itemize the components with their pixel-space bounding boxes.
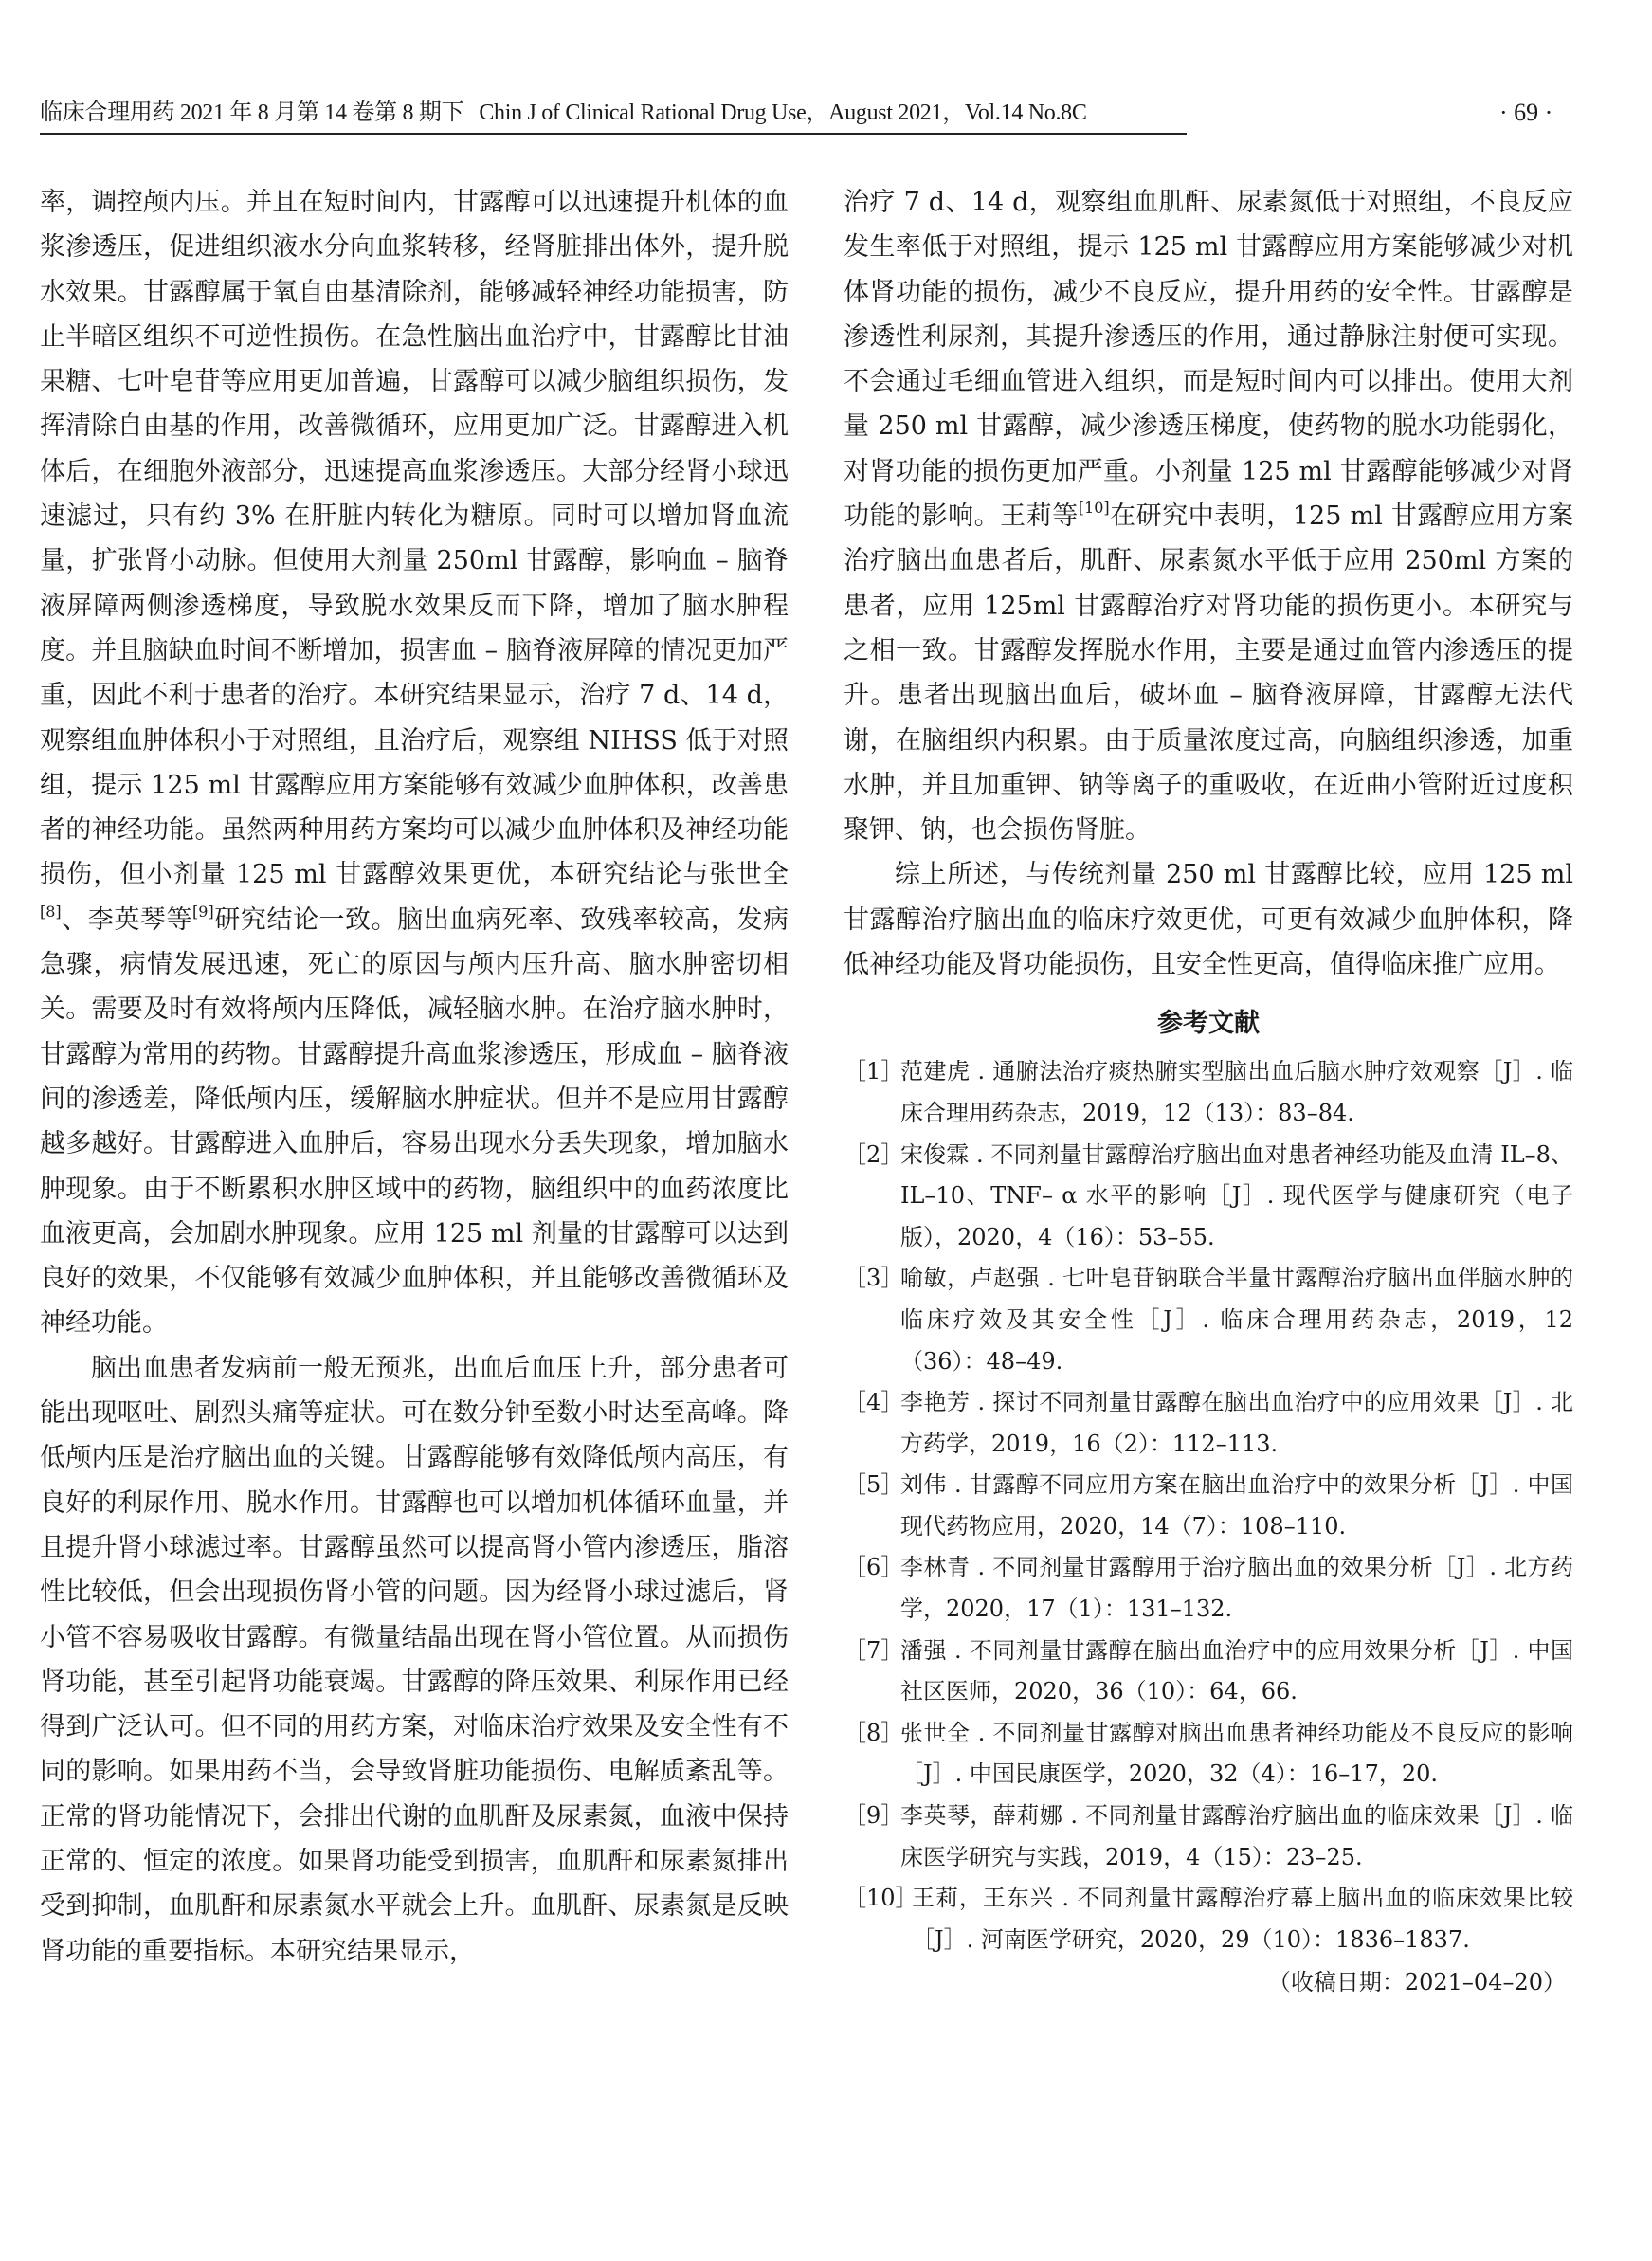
- reference-number: ［6］: [844, 1547, 900, 1630]
- citation-8[interactable]: [8]: [40, 903, 62, 921]
- reference-item: ［3］喻敏，卢赵强 . 七叶皂苷钠联合半量甘露醇治疗脑出血伴脑水肿的临床疗效及其…: [844, 1258, 1573, 1382]
- reference-text: 张世全 . 不同剂量甘露醇对脑出血患者神经功能及不良反应的影响［J］. 中国民康…: [900, 1713, 1573, 1796]
- running-header: 临床合理用药 2021 年 8 月第 14 卷第 8 期下Chin J of C…: [40, 95, 1187, 135]
- journal-title-en: Chin J of Clinical Rational Drug Use，Aug…: [479, 100, 1086, 125]
- conclusion-paragraph: 综上所述，与传统剂量 250 ml 甘露醇比较，应用 125 ml 甘露醇治疗脑…: [844, 852, 1573, 987]
- reference-text: 李英琴，薛莉娜 . 不同剂量甘露醇治疗脑出血的临床效果［J］. 临床医学研究与实…: [900, 1796, 1573, 1878]
- reference-item: ［5］刘伟 . 甘露醇不同应用方案在脑出血治疗中的效果分析［J］. 中国现代药物…: [844, 1465, 1573, 1547]
- body-paragraph: 治疗 7 d、14 d，观察组血肌酐、尿素氮低于对照组，不良反应发生率低于对照组…: [844, 180, 1573, 852]
- journal-title-cn: 临床合理用药 2021 年 8 月第 14 卷第 8 期下: [40, 100, 463, 125]
- reference-item: ［6］李林青 . 不同剂量甘露醇用于治疗脑出血的效果分析［J］. 北方药学，20…: [844, 1547, 1573, 1630]
- text-segment: 研究结论一致。脑出血病死率、致残率较高，发病急骤，病情发展迅速，死亡的原因与颅内…: [40, 905, 789, 1339]
- reference-number: ［7］: [844, 1631, 900, 1713]
- references-heading: 参考文献: [844, 1000, 1573, 1048]
- reference-text: 王莉，王东兴 . 不同剂量甘露醇治疗幕上脑出血的临床效果比较［J］. 河南医学研…: [912, 1878, 1573, 1960]
- text-segment: 率，调控颅内压。并且在短时间内，甘露醇可以迅速提升机体的血浆渗透压，促进组织液水…: [40, 188, 789, 889]
- page-number: · 69 ·: [1499, 95, 1552, 131]
- text-segment: 、李英琴等: [62, 905, 192, 935]
- right-column: 治疗 7 d、14 d，观察组血肌酐、尿素氮低于对照组，不良反应发生率低于对照组…: [844, 180, 1573, 2004]
- reference-number: ［8］: [844, 1713, 900, 1796]
- reference-text: 李林青 . 不同剂量甘露醇用于治疗脑出血的效果分析［J］. 北方药学，2020，…: [900, 1547, 1573, 1630]
- reference-item: ［8］张世全 . 不同剂量甘露醇对脑出血患者神经功能及不良反应的影响［J］. 中…: [844, 1713, 1573, 1796]
- body-paragraph: 率，调控颅内压。并且在短时间内，甘露醇可以迅速提升机体的血浆渗透压，促进组织液水…: [40, 180, 789, 1346]
- reference-item: ［2］宋俊霖 . 不同剂量甘露醇治疗脑出血对患者神经功能及血清 IL–8、IL–…: [844, 1135, 1573, 1259]
- reference-number: ［4］: [844, 1382, 900, 1465]
- reference-text: 潘强 . 不同剂量甘露醇在脑出血治疗中的应用效果分析［J］. 中国社区医师，20…: [900, 1631, 1573, 1713]
- reference-text: 范建虎 . 通腑法治疗痰热腑实型脑出血后脑水肿疗效观察［J］. 临床合理用药杂志…: [900, 1051, 1573, 1134]
- reference-text: 宋俊霖 . 不同剂量甘露醇治疗脑出血对患者神经功能及血清 IL–8、IL–10、…: [900, 1135, 1573, 1259]
- reference-text: 喻敏，卢赵强 . 七叶皂苷钠联合半量甘露醇治疗脑出血伴脑水肿的临床疗效及其安全性…: [900, 1258, 1573, 1382]
- citation-10[interactable]: [10]: [1079, 499, 1110, 517]
- reference-list: ［1］范建虎 . 通腑法治疗痰热腑实型脑出血后脑水肿疗效观察［J］. 临床合理用…: [844, 1051, 1573, 1960]
- text-segment: 综上所述，与传统剂量 250 ml 甘露醇比较，应用 125 ml 甘露醇治疗脑…: [844, 860, 1573, 979]
- citation-9[interactable]: [9]: [192, 903, 214, 921]
- reference-text: 李艳芳 . 探讨不同剂量甘露醇在脑出血治疗中的应用效果［J］. 北方药学，201…: [900, 1382, 1573, 1465]
- reference-number: ［10］: [844, 1878, 912, 1960]
- reference-item: ［4］李艳芳 . 探讨不同剂量甘露醇在脑出血治疗中的应用效果［J］. 北方药学，…: [844, 1382, 1573, 1465]
- body-paragraph: 脑出血患者发病前一般无预兆，出血后血压上升，部分患者可能出现呕吐、剧烈头痛等症状…: [40, 1346, 789, 1974]
- reference-number: ［2］: [844, 1135, 900, 1259]
- reference-text: 刘伟 . 甘露醇不同应用方案在脑出血治疗中的效果分析［J］. 中国现代药物应用，…: [900, 1465, 1573, 1547]
- reference-item: ［7］潘强 . 不同剂量甘露醇在脑出血治疗中的应用效果分析［J］. 中国社区医师…: [844, 1631, 1573, 1713]
- reference-number: ［1］: [844, 1051, 900, 1134]
- reference-item: ［10］王莉，王东兴 . 不同剂量甘露醇治疗幕上脑出血的临床效果比较［J］. 河…: [844, 1878, 1573, 1960]
- text-segment: 在研究中表明，125 ml 甘露醇应用方案治疗脑出血患者后，肌酐、尿素氮水平低于…: [844, 501, 1573, 845]
- reference-number: ［9］: [844, 1796, 900, 1878]
- received-date: （收稿日期：2021–04–20）: [844, 1960, 1573, 2004]
- text-segment: 治疗 7 d、14 d，观察组血肌酐、尿素氮低于对照组，不良反应发生率低于对照组…: [844, 188, 1573, 531]
- left-column: 率，调控颅内压。并且在短时间内，甘露醇可以迅速提升机体的血浆渗透压，促进组织液水…: [40, 180, 789, 1974]
- reference-item: ［1］范建虎 . 通腑法治疗痰热腑实型脑出血后脑水肿疗效观察［J］. 临床合理用…: [844, 1051, 1573, 1134]
- reference-number: ［5］: [844, 1465, 900, 1547]
- text-segment: 脑出血患者发病前一般无预兆，出血后血压上升，部分患者可能出现呕吐、剧烈头痛等症状…: [40, 1354, 789, 1966]
- reference-item: ［9］李英琴，薛莉娜 . 不同剂量甘露醇治疗脑出血的临床效果［J］. 临床医学研…: [844, 1796, 1573, 1878]
- reference-number: ［3］: [844, 1258, 900, 1382]
